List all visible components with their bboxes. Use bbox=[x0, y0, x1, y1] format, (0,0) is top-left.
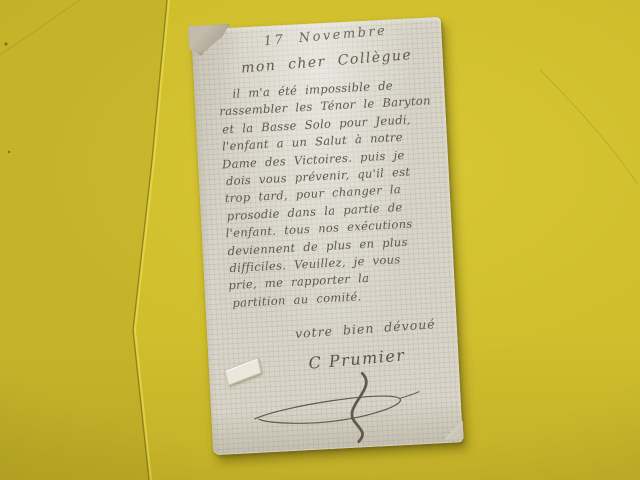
backdrop-crease bbox=[540, 70, 638, 185]
letter-body: il m'a été impossible derassembler les T… bbox=[218, 75, 448, 312]
letter-closing: votre bien dévoué bbox=[295, 316, 437, 341]
torn-corner bbox=[188, 24, 232, 56]
letter-date: 17 Novembre bbox=[263, 23, 388, 49]
backdrop-speck bbox=[8, 151, 10, 153]
corner-fold bbox=[443, 420, 464, 440]
signature-flourish bbox=[244, 368, 423, 449]
backdrop-speck bbox=[4, 42, 7, 45]
letter-paper: 17 Novembre mon cher Collègue il m'a été… bbox=[191, 17, 463, 456]
letter-salutation: mon cher Collègue bbox=[241, 47, 413, 76]
letter-signature: C Prumier bbox=[308, 345, 406, 372]
photo-of-letter-on-yellow-backdrop: 17 Novembre mon cher Collègue il m'a été… bbox=[0, 0, 640, 480]
